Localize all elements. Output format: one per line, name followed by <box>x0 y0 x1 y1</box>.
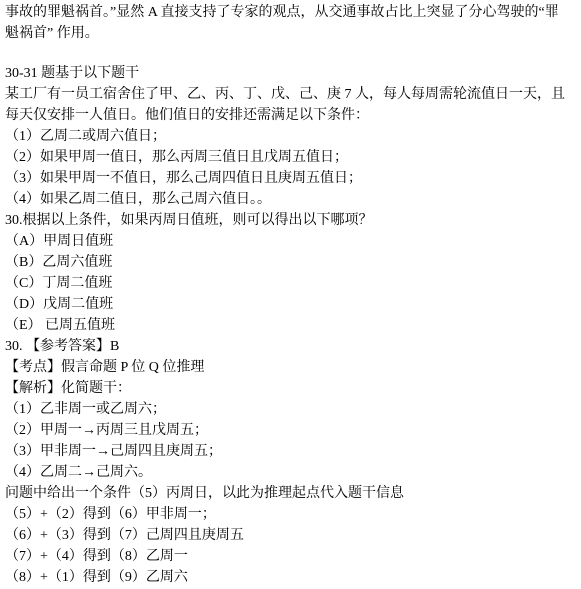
derivation-intro-line: 问题中给出一个条件（5）丙周日，以此为推理起点代入题干信息 <box>5 483 579 504</box>
condition-line-4: （4）如果乙周二值日，那么己周六值日。。 <box>5 189 579 210</box>
condition-line-3: （3）如果甲周一不值日，那么己周四值日且庚周五值日； <box>5 168 579 189</box>
option-line-b: （B）乙周六值班 <box>5 252 579 273</box>
answer-line: 30. 【参考答案】B <box>5 336 579 357</box>
document-page: 事故的罪魁祸首。”显然 A 直接支持了专家的观点，从交通事故占比上突显了分心驾驶… <box>0 0 581 589</box>
question-line: 30.根据以上条件，如果丙周日值班，则可以得出以下哪项？ <box>5 210 579 231</box>
simplified-line-4: （4）乙周二→己周六。 <box>5 462 579 483</box>
simplified-line-2: （2）甲周一→丙周三且戊周五； <box>5 420 579 441</box>
intro-line-2: 魁祸首” 作用。 <box>5 23 579 44</box>
option-line-a: （A）甲周日值班 <box>5 231 579 252</box>
derivation-step-3: （7）+（4）得到（8）乙周一 <box>5 546 579 567</box>
simplified-line-1: （1）乙非周一或乙周六； <box>5 399 579 420</box>
derivation-step-2: （6）+（3）得到（7）己周四且庚周五 <box>5 525 579 546</box>
keypoint-line: 【考点】假言命题 P 位 Q 位推理 <box>5 357 579 378</box>
stem-line-2: 每天仅安排一人值日。他们值日的安排还需满足以下条件： <box>5 105 579 126</box>
option-line-d: （D）戊周二值班 <box>5 294 579 315</box>
section-header: 30-31 题基于以下题干 <box>5 63 579 84</box>
derivation-step-1: （5）+（2）得到（6）甲非周一； <box>5 504 579 525</box>
option-line-e: （E） 已周五值班 <box>5 315 579 336</box>
condition-line-2: （2）如果甲周一值日，那么丙周三值日且戊周五值日； <box>5 147 579 168</box>
analysis-header: 【解析】化简题干： <box>5 378 579 399</box>
intro-line-1: 事故的罪魁祸首。”显然 A 直接支持了专家的观点，从交通事故占比上突显了分心驾驶… <box>5 2 579 23</box>
derivation-step-4: （8）+（1）得到（9）乙周六 <box>5 567 579 588</box>
stem-line-1: 某工厂有一员工宿舍住了甲、乙、丙、丁、戊、己、庚 7 人，每人每周需轮流值日一天… <box>5 84 579 105</box>
simplified-line-3: （3）甲非周一→己周四且庚周五； <box>5 441 579 462</box>
condition-line-1: （1）乙周二或周六值日； <box>5 126 579 147</box>
option-line-c: （C）丁周二值班 <box>5 273 579 294</box>
